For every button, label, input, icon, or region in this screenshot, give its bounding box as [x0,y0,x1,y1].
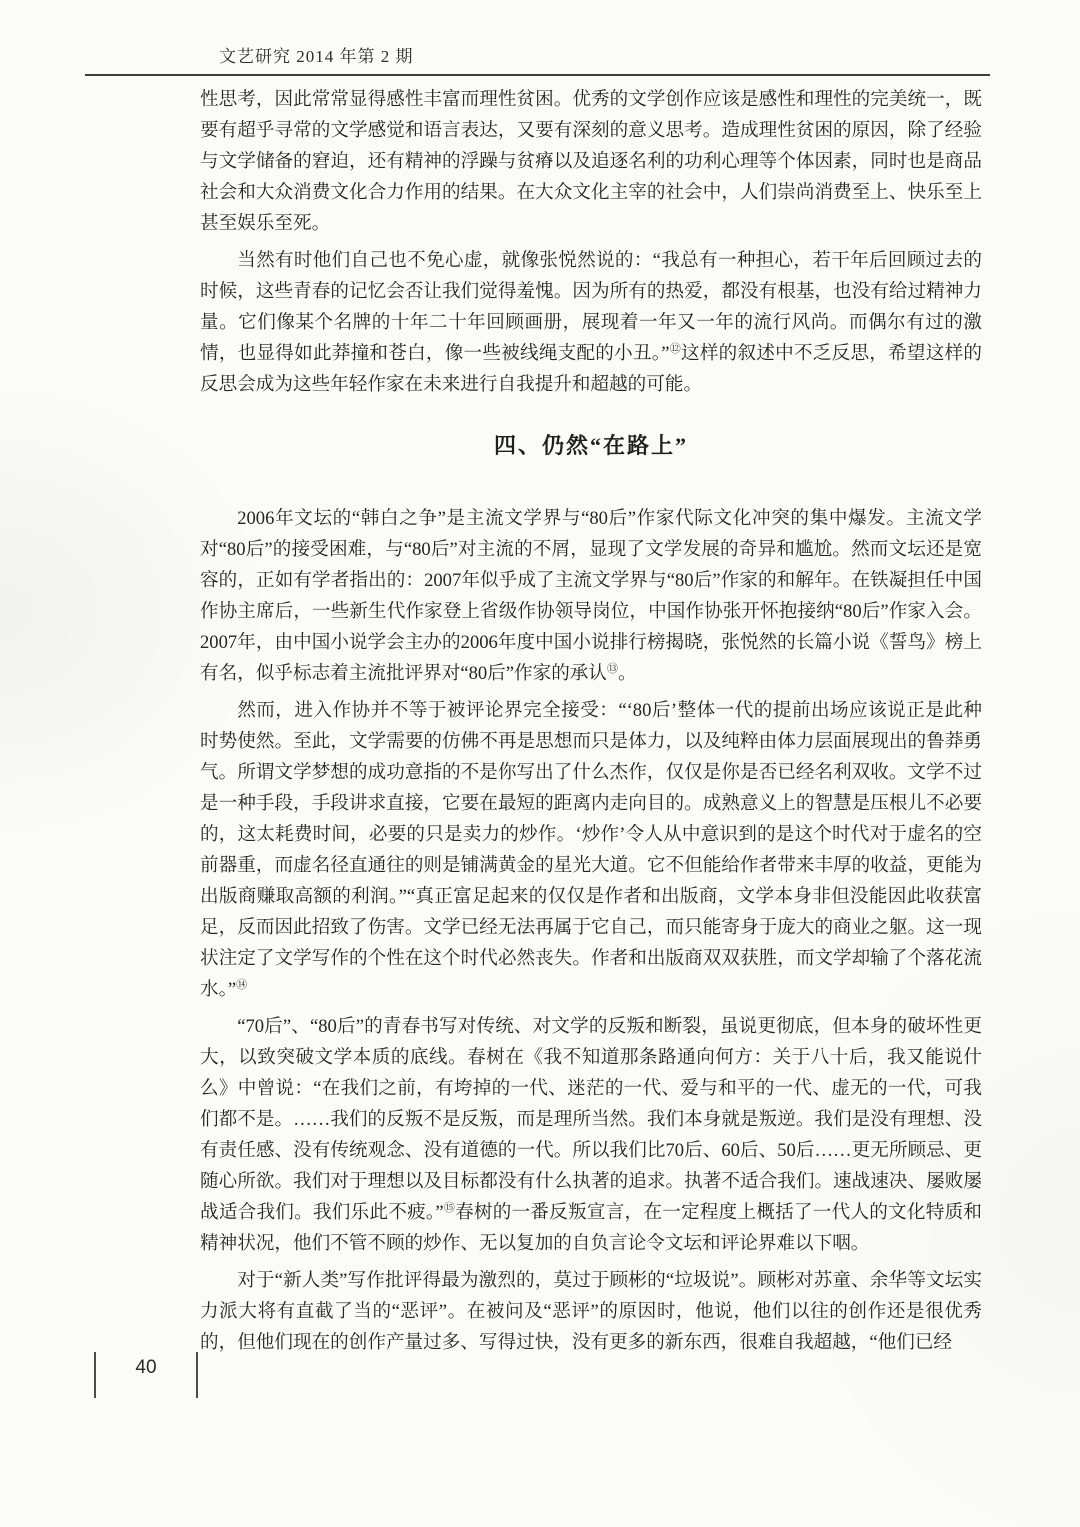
paragraph: 性思考，因此常常显得感性丰富而理性贫困。优秀的文学创作应该是感性和理性的完美统一… [200,84,982,239]
footnote-marker: ⑮ [444,1202,455,1214]
paragraph: 2006年文坛的“韩白之争”是主流文学界与“80后”作家代际文化冲突的集中爆发。… [200,503,982,689]
journal-issue-line: 文艺研究 2014 年第 2 期 [219,47,414,66]
article-body: 性思考，因此常常显得感性丰富而理性贫困。优秀的文学创作应该是感性和理性的完美统一… [200,84,982,1364]
paragraph: “70后”、“80后”的青春书写对传统、对文学的反叛和断裂，虽说更彻底，但本身的… [200,1011,982,1259]
footer-rule-right [196,1352,198,1398]
paragraph: 然而，进入作协并不等于被评论界完全接受：“‘80后’整体一代的提前出场应该说正是… [200,695,982,1005]
paragraph: 当然有时他们自己也不免心虚，就像张悦然说的：“我总有一种担心，若干年后回顾过去的… [200,245,982,400]
paragraph: 对于“新人类”写作批评得最为激烈的，莫过于顾彬的“垃圾说”。顾彬对苏童、余华等文… [200,1265,982,1358]
page-header: 文艺研究 2014 年第 2 期 [85,42,990,76]
footnote-marker: ⑭ [236,979,247,991]
page-number: 40 [96,1352,196,1379]
section-heading: 四、仍然“在路上” [200,430,982,461]
footnote-marker: ⑬ [607,663,618,675]
footnote-marker: ⑫ [670,343,681,355]
page-footer: 40 [94,1352,198,1398]
